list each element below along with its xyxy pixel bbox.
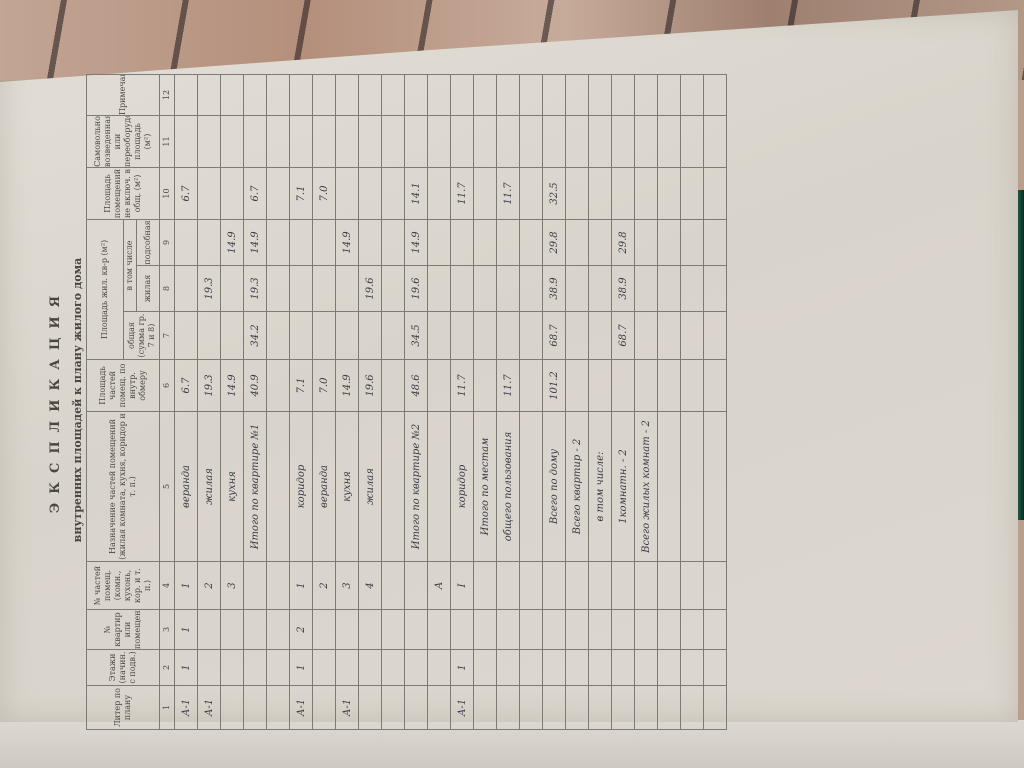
cell-living-area xyxy=(497,266,520,312)
cell-auxiliary-area xyxy=(198,220,221,266)
cell-total-area: 34.5 xyxy=(405,312,428,360)
table-body: А-1111веранда6.76.7А-12жилая19.319.33кух… xyxy=(175,75,727,730)
cell-apartment xyxy=(359,610,382,650)
cell-part-area: 40.9 xyxy=(244,360,267,412)
cell-total-area xyxy=(497,312,520,360)
cell-part-number: А xyxy=(428,562,451,610)
cell-living-area xyxy=(658,266,681,312)
cell-purpose: кухня xyxy=(221,412,244,562)
cell-total-area xyxy=(451,312,474,360)
col-header-liter: Литер по плану xyxy=(87,686,160,730)
cell-apartment xyxy=(520,610,543,650)
table-row: 1комнатн. - 268.738.929.8 xyxy=(612,75,635,730)
cell-auxiliary-area xyxy=(520,220,543,266)
cell-living-area xyxy=(336,266,359,312)
cell-part-number: 3 xyxy=(221,562,244,610)
cell-part-number xyxy=(589,562,612,610)
col-header-auxiliary: подсобная xyxy=(137,220,160,266)
cell-note xyxy=(658,75,681,116)
cell-auxiliary-area: 14.9 xyxy=(336,220,359,266)
col-number: 2 xyxy=(160,650,175,686)
cell-unauthorized-area xyxy=(658,116,681,168)
cell-part-area: 48.6 xyxy=(405,360,428,412)
cell-note xyxy=(635,75,658,116)
cell-purpose: Всего по дому xyxy=(543,412,566,562)
cell-living-area: 19.6 xyxy=(405,266,428,312)
cell-auxiliary-area xyxy=(681,220,704,266)
cell-auxiliary-area: 29.8 xyxy=(543,220,566,266)
cell-auxiliary-area xyxy=(290,220,313,266)
cell-part-number xyxy=(612,562,635,610)
cell-excluded-area: 14.1 xyxy=(405,168,428,220)
col-number: 9 xyxy=(160,220,175,266)
cell-excluded-area: 11.7 xyxy=(451,168,474,220)
cell-unauthorized-area xyxy=(405,116,428,168)
cell-floor xyxy=(267,650,290,686)
cell-note xyxy=(704,75,727,116)
cell-note xyxy=(451,75,474,116)
cell-apartment xyxy=(244,610,267,650)
col-header-apartment: № квартир или помещений xyxy=(87,610,160,650)
cell-part-number xyxy=(520,562,543,610)
cell-part-number xyxy=(497,562,520,610)
cell-apartment xyxy=(405,610,428,650)
col-header-unauthorized-area: Самовольно возведенная или переоборудов.… xyxy=(87,116,160,168)
cell-part-area xyxy=(474,360,497,412)
col-number: 1 xyxy=(160,686,175,730)
cell-living-area xyxy=(566,266,589,312)
col-header-floor: Этажи (начин. с подв.) xyxy=(87,650,160,686)
column-numbers-row: 1 2 3 4 5 6 7 8 9 10 11 12 xyxy=(160,75,175,730)
cell-liter xyxy=(704,686,727,730)
cell-unauthorized-area xyxy=(267,116,290,168)
cell-living-area xyxy=(290,266,313,312)
cell-note xyxy=(543,75,566,116)
table-row: Итого по квартире №140.934.219.314.96.7 xyxy=(244,75,267,730)
cell-total-area xyxy=(382,312,405,360)
table-row: в том числе: xyxy=(589,75,612,730)
cell-liter xyxy=(520,686,543,730)
cell-unauthorized-area xyxy=(520,116,543,168)
cell-unauthorized-area xyxy=(474,116,497,168)
cell-apartment xyxy=(543,610,566,650)
cell-apartment xyxy=(451,610,474,650)
cell-liter xyxy=(382,686,405,730)
col-header-total: общая (сумма гр. 7 и 8) xyxy=(124,312,160,360)
cell-apartment xyxy=(658,610,681,650)
col-number: 8 xyxy=(160,266,175,312)
table-row: общего пользования11.711.7 xyxy=(497,75,520,730)
cell-purpose xyxy=(704,412,727,562)
cell-purpose xyxy=(382,412,405,562)
cell-part-area xyxy=(566,360,589,412)
cell-part-area: 19.6 xyxy=(359,360,382,412)
cell-liter: А-1 xyxy=(290,686,313,730)
cell-note xyxy=(313,75,336,116)
cell-part-number xyxy=(658,562,681,610)
cell-excluded-area xyxy=(382,168,405,220)
cell-apartment xyxy=(704,610,727,650)
cell-liter: А-1 xyxy=(336,686,359,730)
cell-apartment xyxy=(336,610,359,650)
table-row: Всего по дому101.268.738.929.832.5 xyxy=(543,75,566,730)
cell-auxiliary-area: 14.9 xyxy=(221,220,244,266)
document-subtitle: внутренних площадей к плану жилого дома xyxy=(71,60,84,740)
cell-purpose: веранда xyxy=(175,412,198,562)
cell-total-area xyxy=(681,312,704,360)
cell-part-number: I xyxy=(451,562,474,610)
cell-apartment xyxy=(198,610,221,650)
cell-purpose: Итого по квартире №2 xyxy=(405,412,428,562)
cell-liter xyxy=(428,686,451,730)
cell-part-number: 2 xyxy=(198,562,221,610)
cell-purpose: жилая xyxy=(359,412,382,562)
cell-floor xyxy=(658,650,681,686)
cell-purpose: Итого по квартире №1 xyxy=(244,412,267,562)
cell-unauthorized-area xyxy=(635,116,658,168)
cell-note xyxy=(244,75,267,116)
cell-auxiliary-area: 14.9 xyxy=(244,220,267,266)
cell-note xyxy=(175,75,198,116)
cell-liter xyxy=(244,686,267,730)
cell-living-area xyxy=(635,266,658,312)
table-row: А xyxy=(428,75,451,730)
cell-purpose: коридор xyxy=(451,412,474,562)
document-title: ЭКСПЛИКАЦИЯ xyxy=(48,60,63,740)
col-number: 11 xyxy=(160,116,175,168)
cell-excluded-area xyxy=(221,168,244,220)
cell-note xyxy=(336,75,359,116)
table-row: Итого по местам xyxy=(474,75,497,730)
cell-excluded-area xyxy=(198,168,221,220)
cell-total-area xyxy=(290,312,313,360)
explication-document: ЭКСПЛИКАЦИЯ внутренних площадей к плану … xyxy=(40,60,970,740)
table-row: 3кухня14.914.9 xyxy=(221,75,244,730)
cell-apartment xyxy=(313,610,336,650)
cell-living-area xyxy=(221,266,244,312)
cell-liter xyxy=(474,686,497,730)
cell-liter: А-1 xyxy=(198,686,221,730)
cell-living-area: 38.9 xyxy=(612,266,635,312)
explication-table: Литер по плану Этажи (начин. с подв.) № … xyxy=(86,74,727,730)
cell-part-area xyxy=(612,360,635,412)
cell-apartment xyxy=(267,610,290,650)
cell-purpose xyxy=(267,412,290,562)
cell-excluded-area: 7.0 xyxy=(313,168,336,220)
cell-floor: 1 xyxy=(175,650,198,686)
cell-unauthorized-area xyxy=(244,116,267,168)
cell-floor xyxy=(382,650,405,686)
cell-apartment xyxy=(635,610,658,650)
cell-auxiliary-area: 29.8 xyxy=(612,220,635,266)
cell-total-area xyxy=(359,312,382,360)
cell-floor xyxy=(589,650,612,686)
cell-note xyxy=(198,75,221,116)
col-header-excluded-area: Площадь помещений не включ. в общ. (м²) xyxy=(87,168,160,220)
col-header-living-area-group: Площадь жил. кв-р (м²) xyxy=(87,220,124,360)
cell-auxiliary-area xyxy=(635,220,658,266)
cell-unauthorized-area xyxy=(589,116,612,168)
cell-note xyxy=(497,75,520,116)
cell-total-area xyxy=(589,312,612,360)
cell-part-number xyxy=(566,562,589,610)
cell-auxiliary-area xyxy=(175,220,198,266)
cell-excluded-area xyxy=(589,168,612,220)
cell-floor xyxy=(566,650,589,686)
table-row: А-1111веранда6.76.7 xyxy=(175,75,198,730)
cell-excluded-area xyxy=(336,168,359,220)
cell-note xyxy=(589,75,612,116)
cell-floor xyxy=(474,650,497,686)
cell-auxiliary-area xyxy=(658,220,681,266)
cell-auxiliary-area xyxy=(497,220,520,266)
cell-apartment xyxy=(566,610,589,650)
cell-note xyxy=(612,75,635,116)
cell-part-area xyxy=(520,360,543,412)
cell-part-area: 14.9 xyxy=(336,360,359,412)
cell-unauthorized-area xyxy=(543,116,566,168)
cell-part-area xyxy=(428,360,451,412)
cell-purpose xyxy=(428,412,451,562)
cell-living-area xyxy=(267,266,290,312)
cell-part-area xyxy=(382,360,405,412)
cell-purpose: кухня xyxy=(336,412,359,562)
cell-unauthorized-area xyxy=(313,116,336,168)
cell-part-number: 4 xyxy=(359,562,382,610)
cell-unauthorized-area xyxy=(175,116,198,168)
cell-floor: 1 xyxy=(290,650,313,686)
cell-purpose: в том числе: xyxy=(589,412,612,562)
cell-auxiliary-area xyxy=(566,220,589,266)
cell-unauthorized-area xyxy=(428,116,451,168)
cell-floor xyxy=(244,650,267,686)
cell-floor xyxy=(198,650,221,686)
cell-total-area: 68.7 xyxy=(612,312,635,360)
cell-apartment xyxy=(589,610,612,650)
cell-purpose: общего пользования xyxy=(497,412,520,562)
cell-excluded-area xyxy=(428,168,451,220)
table-row: Итого по квартире №248.634.519.614.914.1 xyxy=(405,75,428,730)
cell-liter xyxy=(566,686,589,730)
cell-part-area xyxy=(635,360,658,412)
table-row: 2веранда7.07.0 xyxy=(313,75,336,730)
cell-part-number: 3 xyxy=(336,562,359,610)
cell-part-area xyxy=(658,360,681,412)
cell-living-area xyxy=(428,266,451,312)
cell-apartment xyxy=(497,610,520,650)
cell-unauthorized-area xyxy=(451,116,474,168)
cell-unauthorized-area xyxy=(704,116,727,168)
cell-total-area xyxy=(221,312,244,360)
cell-unauthorized-area xyxy=(221,116,244,168)
cell-total-area xyxy=(313,312,336,360)
cell-floor xyxy=(497,650,520,686)
cell-part-number xyxy=(382,562,405,610)
cell-unauthorized-area xyxy=(497,116,520,168)
cell-living-area xyxy=(520,266,543,312)
table-row xyxy=(658,75,681,730)
cell-unauthorized-area xyxy=(198,116,221,168)
cell-total-area xyxy=(175,312,198,360)
cell-part-number: 1 xyxy=(175,562,198,610)
cell-auxiliary-area xyxy=(428,220,451,266)
cell-auxiliary-area: 14.9 xyxy=(405,220,428,266)
cell-liter: А-1 xyxy=(175,686,198,730)
cell-total-area xyxy=(658,312,681,360)
cell-floor xyxy=(635,650,658,686)
col-number: 10 xyxy=(160,168,175,220)
cell-living-area xyxy=(681,266,704,312)
cell-auxiliary-area xyxy=(359,220,382,266)
cell-liter xyxy=(267,686,290,730)
cell-part-number xyxy=(474,562,497,610)
cell-living-area: 19.3 xyxy=(244,266,267,312)
cell-purpose: 1комнатн. - 2 xyxy=(612,412,635,562)
table-row: А-11Iкоридор11.711.7 xyxy=(451,75,474,730)
cell-part-number xyxy=(635,562,658,610)
cell-part-number: 1 xyxy=(290,562,313,610)
cell-living-area xyxy=(175,266,198,312)
background-object xyxy=(1018,190,1024,520)
cell-liter xyxy=(681,686,704,730)
cell-excluded-area xyxy=(635,168,658,220)
cell-part-number xyxy=(405,562,428,610)
col-header-including: в том числе xyxy=(124,220,137,312)
cell-liter xyxy=(543,686,566,730)
col-header-purpose: Назначение частей помещений (жилая комна… xyxy=(87,412,160,562)
cell-floor xyxy=(428,650,451,686)
cell-floor xyxy=(520,650,543,686)
cell-part-area: 11.7 xyxy=(451,360,474,412)
cell-part-area xyxy=(589,360,612,412)
table-row: Всего квартир - 2 xyxy=(566,75,589,730)
cell-auxiliary-area xyxy=(589,220,612,266)
cell-purpose xyxy=(520,412,543,562)
cell-unauthorized-area xyxy=(681,116,704,168)
cell-floor xyxy=(681,650,704,686)
cell-excluded-area xyxy=(612,168,635,220)
cell-auxiliary-area xyxy=(382,220,405,266)
col-number: 5 xyxy=(160,412,175,562)
cell-total-area xyxy=(267,312,290,360)
cell-floor xyxy=(336,650,359,686)
cell-excluded-area xyxy=(704,168,727,220)
col-number: 7 xyxy=(160,312,175,360)
cell-part-number xyxy=(244,562,267,610)
cell-auxiliary-area xyxy=(267,220,290,266)
cell-apartment xyxy=(681,610,704,650)
table-row xyxy=(382,75,405,730)
table-row: А-12жилая19.319.3 xyxy=(198,75,221,730)
cell-unauthorized-area xyxy=(566,116,589,168)
table-row: А-1121коридор7.17.1 xyxy=(290,75,313,730)
table-row: А-13кухня14.914.9 xyxy=(336,75,359,730)
cell-total-area xyxy=(198,312,221,360)
cell-total-area: 68.7 xyxy=(543,312,566,360)
cell-unauthorized-area xyxy=(359,116,382,168)
col-number: 4 xyxy=(160,562,175,610)
cell-note xyxy=(405,75,428,116)
cell-liter xyxy=(359,686,382,730)
cell-floor xyxy=(612,650,635,686)
cell-excluded-area: 6.7 xyxy=(244,168,267,220)
cell-note xyxy=(428,75,451,116)
cell-excluded-area: 7.1 xyxy=(290,168,313,220)
cell-part-number xyxy=(681,562,704,610)
cell-living-area: 19.3 xyxy=(198,266,221,312)
cell-total-area xyxy=(704,312,727,360)
cell-auxiliary-area xyxy=(704,220,727,266)
cell-purpose: Всего квартир - 2 xyxy=(566,412,589,562)
cell-note xyxy=(566,75,589,116)
cell-part-area: 19.3 xyxy=(198,360,221,412)
table-row xyxy=(681,75,704,730)
cell-unauthorized-area xyxy=(612,116,635,168)
cell-living-area xyxy=(313,266,336,312)
cell-excluded-area xyxy=(267,168,290,220)
cell-liter: А-1 xyxy=(451,686,474,730)
cell-excluded-area: 11.7 xyxy=(497,168,520,220)
cell-part-number xyxy=(267,562,290,610)
cell-excluded-area: 32.5 xyxy=(543,168,566,220)
cell-floor: 1 xyxy=(451,650,474,686)
cell-excluded-area xyxy=(520,168,543,220)
cell-excluded-area xyxy=(359,168,382,220)
cell-total-area xyxy=(520,312,543,360)
cell-liter xyxy=(589,686,612,730)
header-row: Литер по плану Этажи (начин. с подв.) № … xyxy=(87,75,124,730)
cell-apartment: 2 xyxy=(290,610,313,650)
cell-note xyxy=(681,75,704,116)
cell-purpose: веранда xyxy=(313,412,336,562)
cell-purpose: жилая xyxy=(198,412,221,562)
cell-floor xyxy=(405,650,428,686)
cell-liter xyxy=(635,686,658,730)
cell-part-number xyxy=(704,562,727,610)
cell-total-area: 34.2 xyxy=(244,312,267,360)
table-row: 4жилая19.619.6 xyxy=(359,75,382,730)
cell-purpose xyxy=(681,412,704,562)
cell-part-area xyxy=(704,360,727,412)
cell-apartment xyxy=(612,610,635,650)
cell-total-area xyxy=(635,312,658,360)
col-number: 3 xyxy=(160,610,175,650)
col-number: 6 xyxy=(160,360,175,412)
cell-total-area xyxy=(566,312,589,360)
col-header-part-number: № частей помещ. (комн., кухонь, кор. и т… xyxy=(87,562,160,610)
cell-apartment xyxy=(474,610,497,650)
cell-liter xyxy=(612,686,635,730)
cell-living-area: 38.9 xyxy=(543,266,566,312)
cell-part-area: 101.2 xyxy=(543,360,566,412)
cell-floor xyxy=(313,650,336,686)
col-header-note: Примечание xyxy=(87,75,160,116)
cell-note xyxy=(359,75,382,116)
cell-liter xyxy=(497,686,520,730)
cell-living-area xyxy=(704,266,727,312)
cell-part-area: 7.0 xyxy=(313,360,336,412)
cell-excluded-area xyxy=(474,168,497,220)
cell-unauthorized-area xyxy=(382,116,405,168)
cell-purpose: Итого по местам xyxy=(474,412,497,562)
cell-living-area xyxy=(451,266,474,312)
cell-liter xyxy=(405,686,428,730)
cell-note xyxy=(290,75,313,116)
cell-apartment: 1 xyxy=(175,610,198,650)
table-row xyxy=(520,75,543,730)
cell-note xyxy=(474,75,497,116)
cell-excluded-area xyxy=(566,168,589,220)
